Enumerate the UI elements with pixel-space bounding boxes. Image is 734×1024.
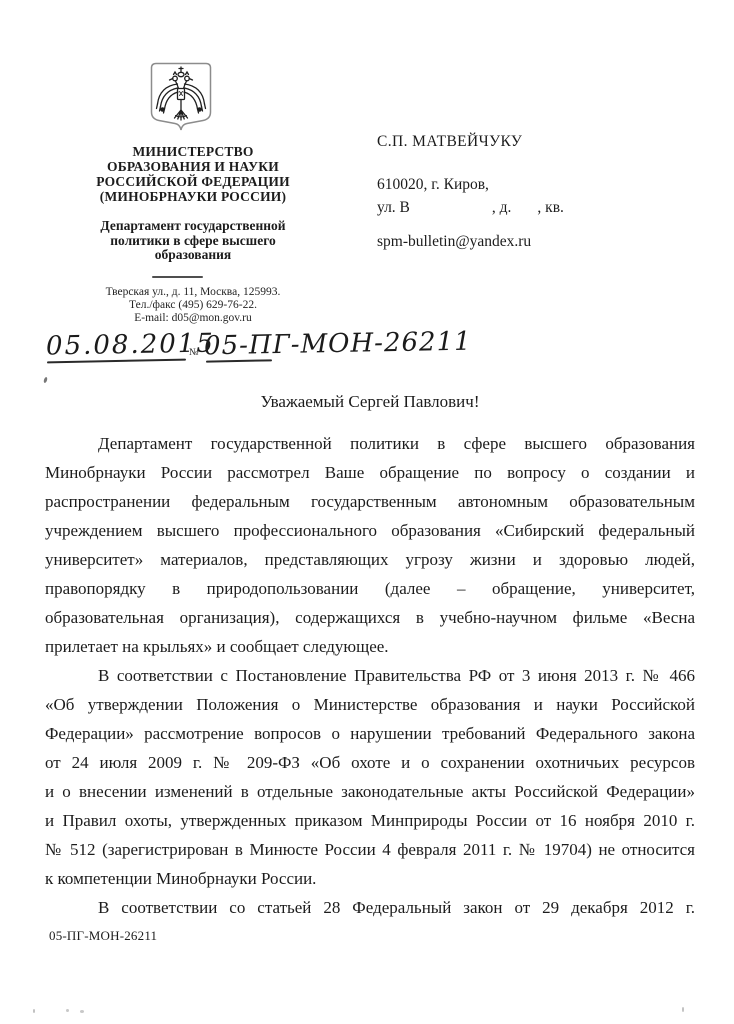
address-line: E-mail: d05@mon.gov.ru [40, 312, 346, 325]
paragraph: В соответствии с Постановление Правитель… [45, 661, 695, 893]
body-line: Минобрнауки России рассмотрел Ваше обращ… [45, 458, 695, 487]
department-line: политики в сфере высшего [40, 234, 346, 249]
ministry-line: ОБРАЗОВАНИЯ И НАУКИ [40, 159, 346, 174]
body-line: от 24 июля 2009 г. № 209-ФЗ «Об охоте и … [45, 748, 695, 777]
russian-coat-of-arms-icon [150, 62, 212, 136]
apt-label: , кв. [537, 199, 563, 216]
house-label: , д. [492, 199, 512, 216]
paragraph: В соответствии со статьей 28 Федеральный… [45, 893, 695, 922]
body-line: учреждением высшего профессионального об… [45, 516, 695, 545]
ink-speck [43, 377, 48, 384]
recipient-email: spm-bulletin@yandex.ru [377, 233, 531, 251]
body-line: № 512 (зарегистрирован в Минюсте России … [45, 835, 695, 864]
scanned-letter-page: МИНИСТЕРСТВО ОБРАЗОВАНИЯ И НАУКИ РОССИЙС… [0, 0, 734, 1024]
ink-speck [66, 1009, 69, 1012]
body-line: университет» материалов, представляющих … [45, 545, 695, 574]
handwritten-outgoing-number: 05-ПГ-МОН-26211 [204, 327, 472, 362]
ink-speck [33, 1009, 35, 1013]
body-line: образовательная организация), содержащих… [45, 603, 695, 632]
body-line: распространении федеральным государствен… [45, 487, 695, 516]
salutation: Уважаемый Сергей Павлович! [45, 392, 695, 412]
body-line: правопорядку в природопользовании (далее… [45, 574, 695, 603]
department-name-block: Департамент государственной политики в с… [40, 219, 346, 263]
address-line: Тверская ул., д. 11, Москва, 125993. [40, 286, 346, 299]
letterhead-address-block: Тверская ул., д. 11, Москва, 125993. Тел… [40, 286, 346, 325]
ministry-line: МИНИСТЕРСТВО [40, 144, 346, 159]
recipient-address-street: ул. В, д., кв. [377, 199, 564, 217]
recipient-address-city: 610020, г. Киров, [377, 176, 489, 194]
letter-body: Департамент государственной политики в с… [45, 429, 695, 922]
body-line: Департамент государственной политики в с… [45, 429, 695, 458]
letterhead-divider [152, 276, 203, 278]
numero-sign: № [189, 347, 199, 358]
paragraph: Департамент государственной политики в с… [45, 429, 695, 661]
body-line: прилетает на крыльях» и сообщает следующ… [45, 632, 695, 661]
ink-speck [80, 1010, 84, 1013]
body-line: «Об утверждении Положения о Министерстве… [45, 690, 695, 719]
recipient-name: С.П. МАТВЕЙЧУКУ [377, 133, 522, 151]
footer-reference-number: 05-ПГ-МОН-26211 [49, 928, 157, 944]
body-line: Федерации» рассмотрение вопросов о наруш… [45, 719, 695, 748]
department-line: образования [40, 248, 346, 263]
body-line: и о внесении изменений в отдельные закон… [45, 777, 695, 806]
address-line: Тел./факс (495) 629-76-22. [40, 299, 346, 312]
body-line: В соответствии со статьей 28 Федеральный… [45, 893, 695, 922]
number-underline [206, 359, 272, 362]
ministry-name-block: МИНИСТЕРСТВО ОБРАЗОВАНИЯ И НАУКИ РОССИЙС… [40, 144, 346, 204]
body-line: и Правил охоты, утвержденных приказом Ми… [45, 806, 695, 835]
ink-speck [682, 1007, 684, 1012]
street-prefix: ул. В [377, 199, 410, 216]
body-line: В соответствии с Постановление Правитель… [45, 661, 695, 690]
ministry-line: (МИНОБРНАУКИ РОССИИ) [40, 189, 346, 204]
body-line: к компетенции Минобрнауки России. [45, 864, 695, 893]
department-line: Департамент государственной [40, 219, 346, 234]
ministry-line: РОССИЙСКОЙ ФЕДЕРАЦИИ [40, 174, 346, 189]
